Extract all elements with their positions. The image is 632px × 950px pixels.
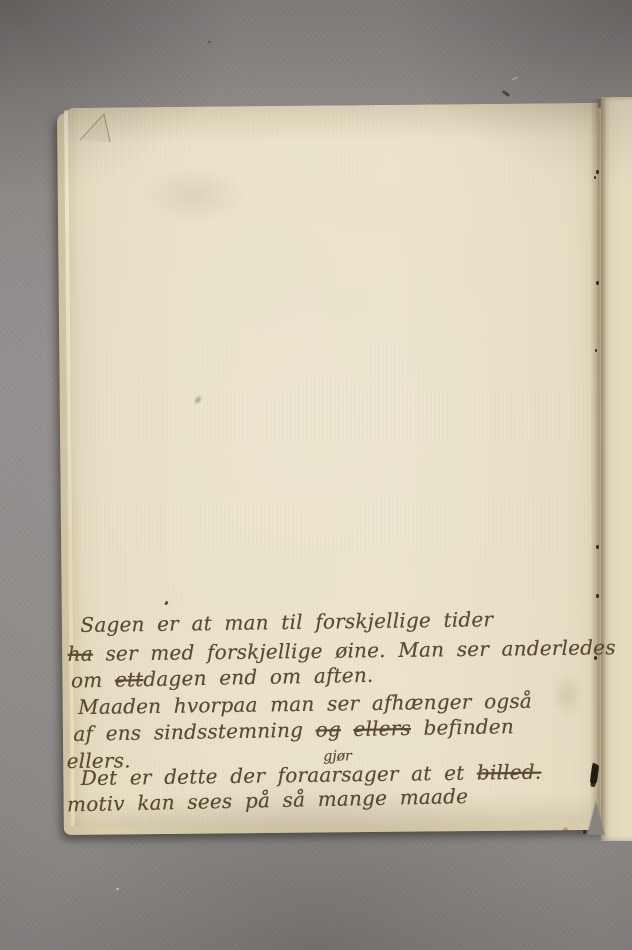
struck-word: ha — [68, 642, 94, 666]
handwritten-line: Sagen er at man til forskjellige tider — [80, 607, 493, 637]
handwritten-text — [341, 717, 354, 741]
struck-word: og — [315, 717, 341, 741]
struck-word: billed. — [477, 760, 542, 785]
handwritten-text: om — [71, 668, 115, 693]
handwritten-text: dagen end om aften. — [143, 663, 374, 691]
handwritten-line: om ettdagen end om aften. — [71, 663, 374, 693]
handwritten-text: Sagen er at man til forskjellige tider — [80, 607, 493, 637]
photograph-of-notebook: Sagen er at man til forskjellige tiderha… — [0, 0, 632, 950]
handwritten-text: ser med forskjellige øine. Man ser ander… — [93, 635, 616, 665]
struck-word: ett — [115, 667, 144, 692]
struck-word: ellers — [353, 716, 411, 741]
handwritten-text: Det er dette der — [81, 763, 278, 790]
handwritten-line: af ens sindsstemning og ellers befinden — [73, 714, 514, 746]
handwriting-block: Sagen er at man til forskjellige tiderha… — [60, 0, 608, 950]
handwritten-text: at et — [398, 761, 477, 786]
handwritten-text: foraarsagergjør — [277, 762, 398, 788]
handwritten-line: ha ser med forskjellige øine. Man ser an… — [68, 635, 616, 666]
handwritten-line: Det er dette der foraarsagergjør at et b… — [81, 760, 542, 790]
handwritten-text: af ens sindsstemning — [73, 718, 316, 746]
inserted-word-above-line: gjør — [323, 748, 352, 764]
handwritten-text: befinden — [411, 714, 514, 740]
